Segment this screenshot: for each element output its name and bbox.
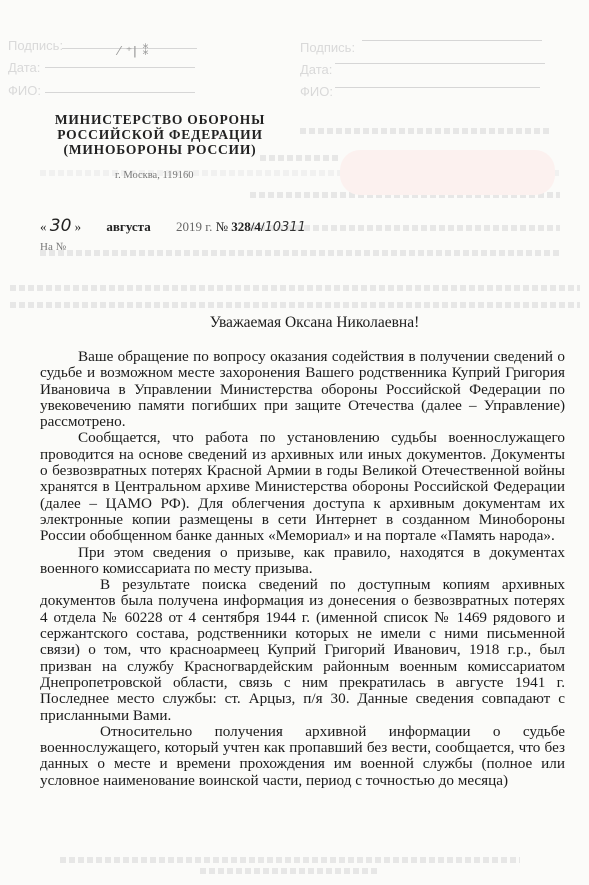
ghost-label-name-right: ФИО: — [300, 84, 333, 99]
document-number: 328/4/ — [231, 219, 264, 234]
ghost-line — [362, 40, 542, 41]
date-month: августа — [106, 219, 150, 234]
ghost-label-date-left: Дата: — [8, 60, 40, 75]
letter-body: Ваше обращение по вопросу оказания содей… — [40, 349, 565, 789]
date-close-quote: » — [75, 219, 82, 234]
ghost-line — [335, 87, 540, 88]
reference-number: На № — [40, 241, 66, 253]
number-label: № — [216, 219, 228, 234]
ghost-text-row — [260, 155, 340, 161]
handwritten-mark: ⁄ ⁺ǀ ⁑ — [118, 44, 150, 58]
letterhead-line-2: РОССИЙСКОЙ ФЕДЕРАЦИИ — [50, 127, 270, 142]
paragraph-request: Ваше обращение по вопросу оказания содей… — [40, 349, 565, 430]
ghost-line — [335, 63, 545, 64]
letterhead-line-1: МИНИСТЕРСТВО ОБОРОНЫ — [50, 112, 270, 127]
paragraph-search-result: В результате поиска сведений по доступны… — [40, 577, 565, 724]
ghost-line — [45, 67, 195, 68]
document-number-handwritten: 10311 — [265, 220, 306, 235]
ghost-text-row — [60, 857, 520, 863]
stain-patch — [340, 150, 555, 195]
ghost-text-row — [10, 285, 580, 291]
date-year: 2019 г. — [176, 219, 212, 234]
ghost-text-row — [40, 250, 560, 256]
ghost-text-row — [10, 302, 580, 308]
date-day-handwritten: 30 — [50, 216, 72, 236]
dateline: « 30 » августа 2019 г. № 328/4/10311 — [40, 216, 306, 236]
letterhead-address: г. Москва, 119160 — [115, 170, 194, 181]
ghost-label-date-right: Дата: — [300, 62, 332, 77]
date-open-quote: « — [40, 219, 47, 234]
letterhead: МИНИСТЕРСТВО ОБОРОНЫ РОССИЙСКОЙ ФЕДЕРАЦИ… — [50, 112, 270, 157]
salutation: Уважаемая Оксана Николаевна! — [0, 314, 589, 332]
ghost-text-row — [200, 868, 380, 874]
ghost-label-signature-left: Подпись: — [8, 38, 63, 53]
ghost-label-signature-right: Подпись: — [300, 40, 355, 55]
ghost-label-name-left: ФИО: — [8, 83, 41, 98]
paragraph-conscription: При этом сведения о призыве, как правило… — [40, 545, 565, 578]
ghost-line — [45, 92, 195, 93]
paragraph-missing: Относительно получения архивной информац… — [40, 724, 565, 789]
letterhead-line-3: (МИНОБОРОНЫ РОССИИ) — [50, 142, 270, 157]
paragraph-procedure: Сообщается, что работа по установлению с… — [40, 430, 565, 544]
ghost-text-row — [300, 128, 550, 134]
